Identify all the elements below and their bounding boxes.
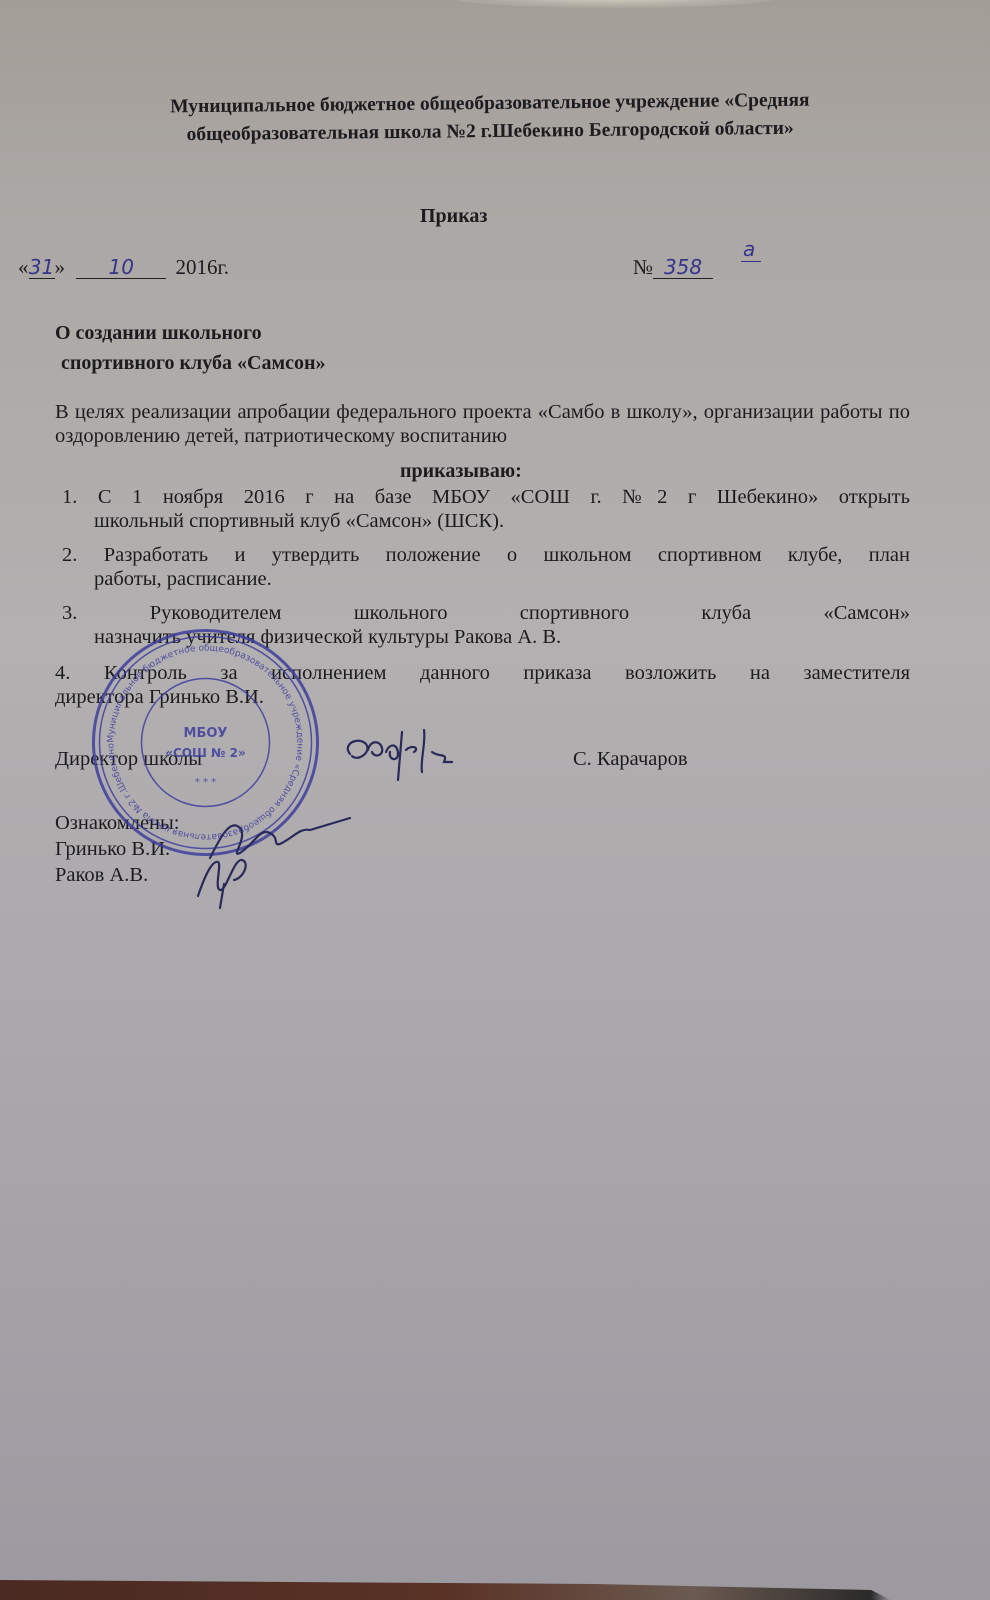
date-number-row: «31» 10 2016г. №358 а: [18, 255, 798, 295]
document-photo: Муниципальное бюджетное общеобразователь…: [0, 0, 990, 1600]
svg-text:* * *: * * *: [195, 777, 216, 788]
acknowledged-person-2: Раков А.В.: [55, 862, 180, 888]
item-text-line-2: школьный спортивный клуб «Самсон» (ШСК).: [62, 509, 910, 533]
number-value: 358: [653, 256, 713, 279]
number-prefix: №: [633, 255, 653, 279]
stamp-center-line-1: МБОУ: [184, 726, 228, 741]
date-day: 31: [29, 256, 55, 279]
order-item-2: 2. Разработать и утвердить положение о ш…: [62, 543, 910, 591]
date-month: 10: [76, 256, 166, 279]
item-number: 4.: [55, 662, 70, 684]
order-subject: О создании школьного спортивного клуба «…: [55, 318, 325, 378]
organization-header: Муниципальное бюджетное общеобразователь…: [110, 86, 871, 150]
preamble: В целях реализации апробации федеральног…: [55, 400, 910, 448]
number-suffix: а: [743, 237, 755, 261]
date-year: 2016г.: [176, 255, 230, 279]
rakov-signature-icon: [190, 848, 260, 912]
subject-line-2: спортивного клуба «Самсон»: [55, 348, 325, 378]
subject-line-1: О создании школьного: [55, 318, 325, 348]
order-number: №358 а: [633, 255, 713, 280]
director-name: С. Карачаров: [573, 748, 688, 771]
item-text-line-2: работы, расписание.: [62, 567, 910, 591]
order-word: приказываю:: [400, 460, 522, 483]
close-quote: »: [55, 255, 66, 279]
number-suffix-underline: [741, 261, 761, 262]
item-number: 1.: [62, 486, 77, 508]
item-text-line-1: С 1 ноября 2016 г на базе МБОУ «СОШ г. №…: [98, 486, 910, 508]
item-number: 3.: [62, 602, 77, 624]
open-quote: «: [18, 255, 29, 279]
stamp-center-line-2: «СОШ № 2»: [165, 746, 245, 760]
order-item-1: 1. С 1 ноября 2016 г на базе МБОУ «СОШ г…: [62, 485, 910, 533]
director-signature-icon: [340, 722, 510, 782]
date: «31» 10 2016г.: [18, 255, 229, 279]
item-number: 2.: [62, 544, 77, 566]
light-glare: [450, 0, 780, 8]
item-text-line-1: Руководителем школьного спортивного клуб…: [150, 602, 910, 624]
item-text-line-1: Разработать и утвердить положение о школ…: [104, 544, 910, 566]
document-title: Приказ: [420, 205, 487, 228]
table-edge: [0, 1580, 990, 1600]
